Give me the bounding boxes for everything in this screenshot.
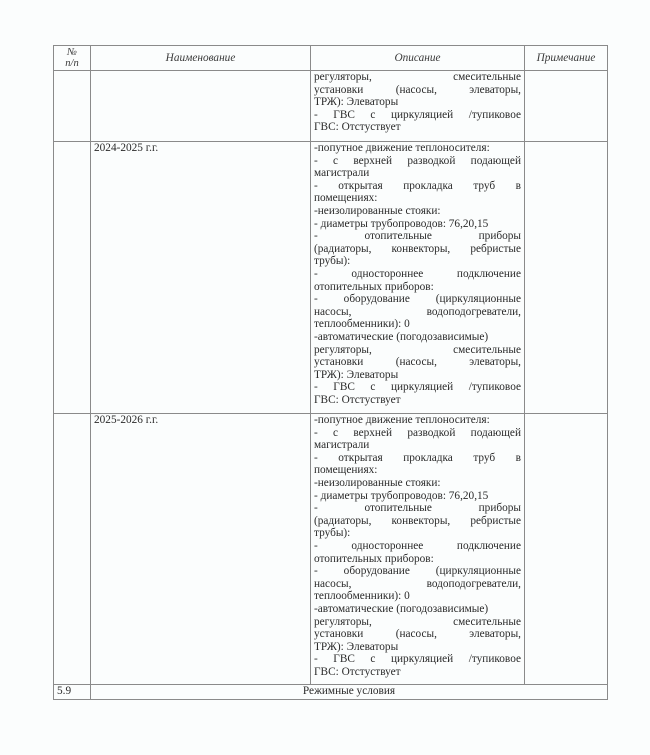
cell-description: -попутное движение теплоносителя:- с вер…: [311, 142, 525, 414]
description-line: -автоматические (погодозависимые): [314, 603, 521, 616]
description-line: -попутное движение теплоносителя:: [314, 142, 521, 155]
description-line: помещениях:: [314, 464, 521, 477]
description-line: - с верхней разводкой подающей: [314, 155, 521, 168]
description-line: - одностороннее подключение: [314, 540, 521, 553]
cell-name: 2025-2026 г.г.: [91, 414, 311, 685]
description-line: - открытая прокладка труб в: [314, 180, 521, 193]
description-line: -неизолированные стояки:: [314, 205, 521, 218]
description-line: ГВС: Отстуствует: [314, 121, 521, 134]
description-line: - ГВС с циркуляцией /тупиковое: [314, 653, 521, 666]
description-line: ТРЖ): Элеваторы: [314, 641, 521, 654]
cell-description: регуляторы, смесительныеустановки (насос…: [311, 71, 525, 142]
table-row: 2025-2026 г.г. -попутное движение теплон…: [54, 414, 608, 685]
header-number-label: №п/п: [65, 47, 78, 69]
description-line: - с верхней разводкой подающей: [314, 427, 521, 440]
description-line: - оборудование (циркуляционные: [314, 565, 521, 578]
description-line: (радиаторы, конвекторы, ребристые: [314, 515, 521, 528]
description-line: трубы):: [314, 255, 521, 268]
section-row: 5.9 Режимные условия: [54, 685, 608, 700]
description-line: теплообменники): 0: [314, 318, 521, 331]
table-row: регуляторы, смесительныеустановки (насос…: [54, 71, 608, 142]
cell-number: [54, 142, 91, 414]
table-row: 2024-2025 г.г. -попутное движение теплон…: [54, 142, 608, 414]
header-number: №п/п: [54, 46, 91, 71]
description-line: помещениях:: [314, 192, 521, 205]
description-line: установки (насосы, элеваторы,: [314, 84, 521, 97]
description-line: - отопительные приборы: [314, 502, 521, 515]
description-line: ТРЖ): Элеваторы: [314, 369, 521, 382]
description-line: - отопительные приборы: [314, 230, 521, 243]
description-line: установки (насосы, элеваторы,: [314, 356, 521, 369]
description-line: магистрали: [314, 439, 521, 452]
description-line: -неизолированные стояки:: [314, 477, 521, 490]
description-line: отопительных приборов:: [314, 553, 521, 566]
description-line: - диаметры трубопроводов: 76,20,15: [314, 218, 521, 231]
cell-note: [525, 142, 608, 414]
description-line: - одностороннее подключение: [314, 268, 521, 281]
description-line: - оборудование (циркуляционные: [314, 293, 521, 306]
cell-note: [525, 71, 608, 142]
section-title: Режимные условия: [91, 685, 608, 700]
cell-name: [91, 71, 311, 142]
cell-description: -попутное движение теплоносителя:- с вер…: [311, 414, 525, 685]
document-table: №п/п Наименование Описание Примечание ре…: [53, 45, 608, 700]
description-line: трубы):: [314, 527, 521, 540]
description-line: установки (насосы, элеваторы,: [314, 628, 521, 641]
description-line: магистрали: [314, 167, 521, 180]
description-line: -автоматические (погодозависимые): [314, 331, 521, 344]
cell-number: [54, 71, 91, 142]
description-line: ГВС: Отстуствует: [314, 394, 521, 407]
description-line: регуляторы, смесительные: [314, 616, 521, 629]
description-line: - диаметры трубопроводов: 76,20,15: [314, 490, 521, 503]
description-line: - ГВС с циркуляцией /тупиковое: [314, 381, 521, 394]
description-line: -попутное движение теплоносителя:: [314, 414, 521, 427]
description-line: насосы, водоподогреватели,: [314, 578, 521, 591]
header-description: Описание: [311, 46, 525, 71]
description-line: ТРЖ): Элеваторы: [314, 96, 521, 109]
cell-name: 2024-2025 г.г.: [91, 142, 311, 414]
cell-number: [54, 414, 91, 685]
description-line: - ГВС с циркуляцией /тупиковое: [314, 109, 521, 122]
header-row: №п/п Наименование Описание Примечание: [54, 46, 608, 71]
description-line: (радиаторы, конвекторы, ребристые: [314, 243, 521, 256]
description-line: ГВС: Отстуствует: [314, 666, 521, 679]
description-line: регуляторы, смесительные: [314, 344, 521, 357]
header-note: Примечание: [525, 46, 608, 71]
header-name: Наименование: [91, 46, 311, 71]
description-line: насосы, водоподогреватели,: [314, 306, 521, 319]
description-line: теплообменники): 0: [314, 590, 521, 603]
cell-note: [525, 414, 608, 685]
description-line: - открытая прокладка труб в: [314, 452, 521, 465]
description-line: регуляторы, смесительные: [314, 71, 521, 84]
description-line: отопительных приборов:: [314, 281, 521, 294]
section-number: 5.9: [54, 685, 91, 700]
